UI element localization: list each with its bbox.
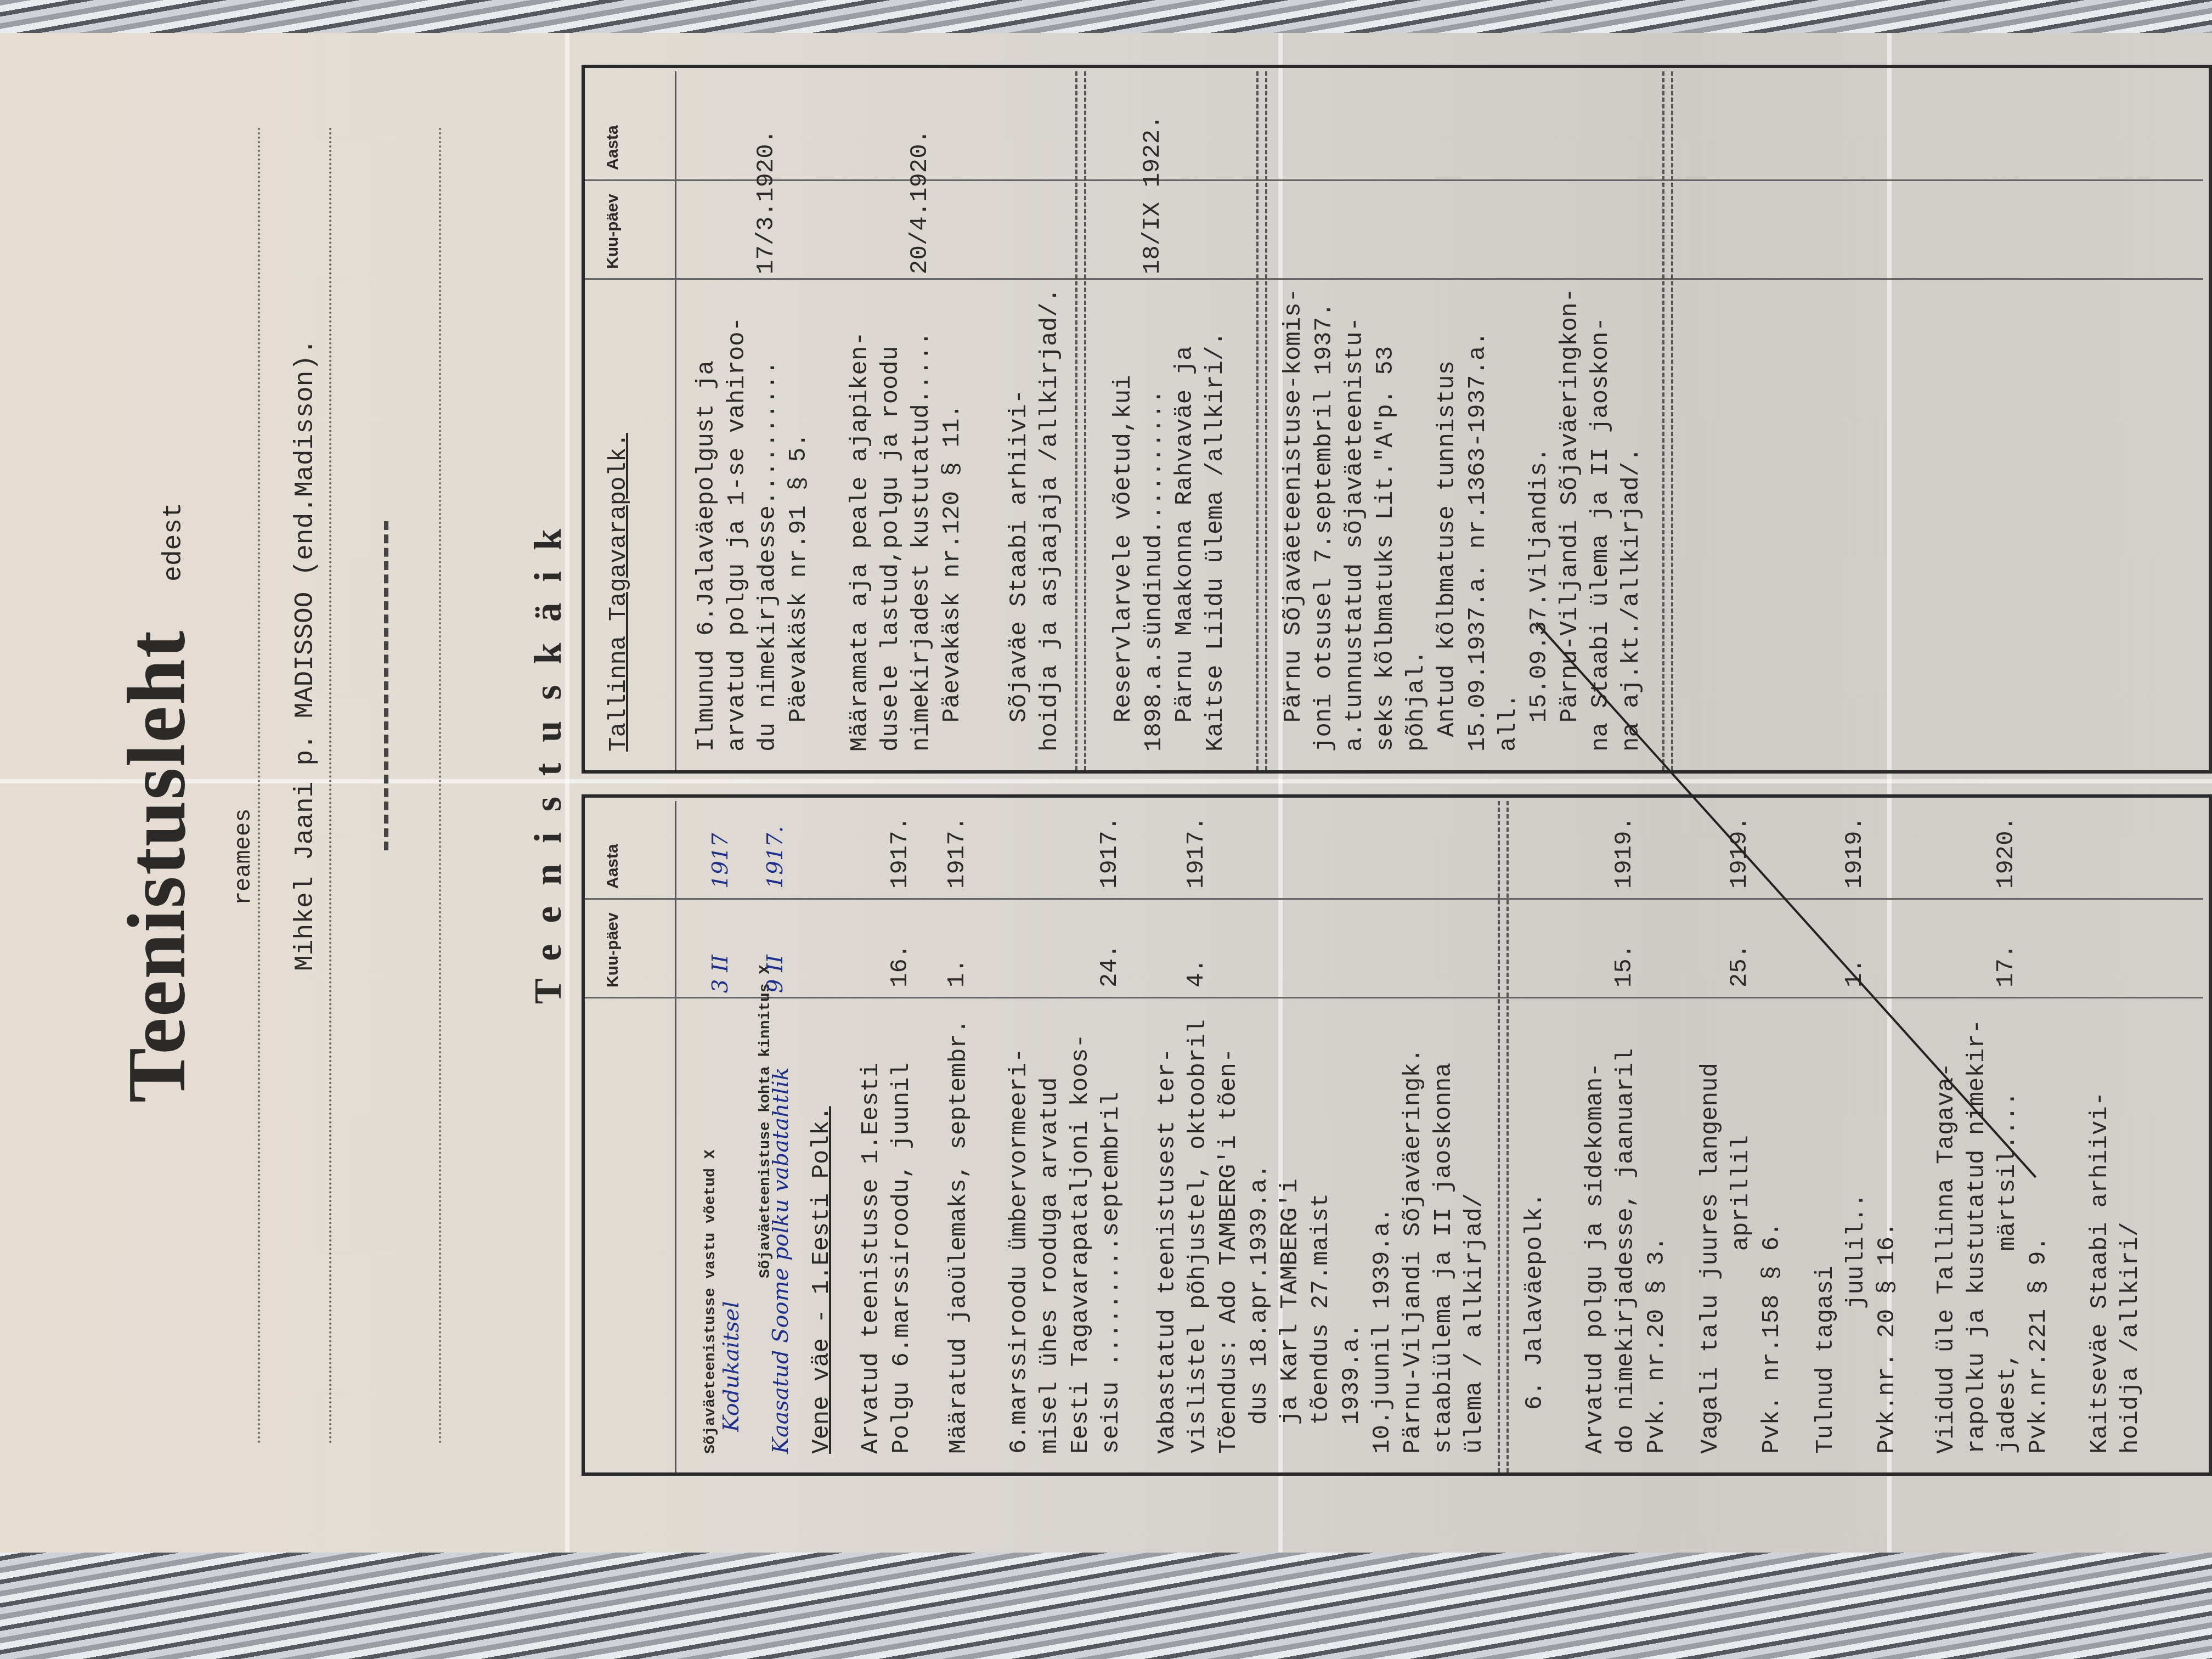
handwritten-year: 1917 (708, 833, 733, 889)
entry-year: 1917. (944, 816, 971, 889)
service-entry: Arvatud polgu ja sidekoman- do nimekirja… (1580, 1048, 1672, 1454)
column-header-day: Kuu-päev (603, 194, 622, 269)
entry-year: 1917. (887, 816, 914, 889)
service-entry: Sõjaväe Staabi arhiivi- hoidja ja asjaaj… (1004, 288, 1065, 752)
column-header-year: Aasta (603, 844, 622, 889)
blank-line (439, 126, 441, 1443)
service-entry: Tulnud tagasi juulil.. Pvk.nr. 20 § 16. (1810, 1193, 1903, 1454)
person-name: Mihkel Jaani p. MADISSOO (end.Madisson). (291, 339, 320, 971)
entry-year: 1919. (1841, 816, 1869, 889)
service-entry: Ilmunud 6.Jalaväepolgust ja arvatud polg… (691, 317, 814, 752)
service-entry: Määratud jaoülemaks, septembr. (944, 1019, 974, 1454)
entry-heading: Tallinna Tagavarapolk. (603, 433, 634, 752)
title-suffix: edest (159, 503, 189, 582)
section-divider (1075, 71, 1086, 770)
entry-day: 4. (1183, 958, 1210, 988)
section-divider (1256, 71, 1267, 770)
entry-year: 1919. (1726, 816, 1753, 889)
section-title: Teenistuskäik (527, 508, 571, 1004)
entry-year: 1917. (1183, 816, 1210, 889)
handwritten-day: 9 II (763, 955, 788, 993)
entry-year: 1919. (1611, 816, 1638, 889)
section-divider (1498, 801, 1509, 1472)
entry-heading: 6. Jalaväepolk. (1520, 1193, 1550, 1410)
entry-day: 16. (887, 944, 914, 988)
entry-date: 20/4.1920. (906, 129, 934, 274)
rank-label: reamees (230, 809, 257, 905)
name-line (329, 126, 331, 1443)
year-column-divider (585, 179, 2203, 181)
entry-year: 1920. (1993, 816, 2020, 889)
entry-day: 15. (1611, 944, 1638, 988)
handwritten-note: Kodukaitsel (719, 1301, 744, 1432)
column-header-year: Aasta (603, 125, 622, 170)
entry-date: 18/IX 1922. (1139, 115, 1166, 274)
day-column-divider (585, 278, 2203, 280)
service-entry: Vabastatud teenistusest ter- vislistel p… (1152, 1019, 1490, 1454)
day-column-divider (585, 997, 2203, 998)
service-entry: Reservlarvele võetud,kui 1898.a.sündinud… (1108, 331, 1231, 752)
header-divider (675, 71, 676, 770)
service-entry: Kaitseväe Staabi arhiivi- hoidja /allkir… (2085, 1092, 2146, 1454)
header-divider (675, 801, 676, 1472)
entry-day: 1. (944, 958, 971, 988)
handwritten-year: 1917. (763, 826, 788, 889)
entry-heading: Vene väe - 1.Eesti Polk. (806, 1106, 837, 1454)
entry-day: 24. (1096, 944, 1124, 988)
entry-day: 1. (1841, 958, 1869, 988)
service-entry: Vagali talu juures langenud aprillil Pvk… (1695, 1063, 1787, 1454)
entry-day: 17. (1993, 944, 2020, 988)
page-title: Teenistusleht (110, 630, 204, 1103)
column-header-day: Kuu-päev (603, 912, 622, 988)
service-entry: Määramata aja peale ajapiken- dusele las… (845, 331, 968, 752)
entry-day: 25. (1726, 944, 1753, 988)
entry-date: 17/3.1920. (753, 129, 780, 274)
service-entry: Viidud üle Tallinna Tagava- rapolku ja k… (1931, 1019, 2054, 1454)
struck-text: Sõjaväeteenistusse vastu võetud X (702, 1150, 719, 1454)
rank-line (258, 126, 260, 1443)
section-divider (1662, 71, 1673, 770)
rotated-document: Teenistusleht edest reamees Mihkel Jaani… (0, 33, 2212, 1553)
entry-year: 1917. (1096, 816, 1124, 889)
signature-line (384, 521, 388, 850)
handwritten-day: 3 II (708, 955, 733, 993)
handwritten-note: Kaasatud Soome polku vabatahtlik (768, 1067, 793, 1454)
year-column-divider (585, 898, 2203, 900)
service-entry: Arvatud teenistusse 1.Eesti Polgu 6.mars… (856, 1063, 917, 1454)
service-entry: 6.marssiroodu ümbervormeeri- misel ühes … (1004, 1034, 1127, 1454)
